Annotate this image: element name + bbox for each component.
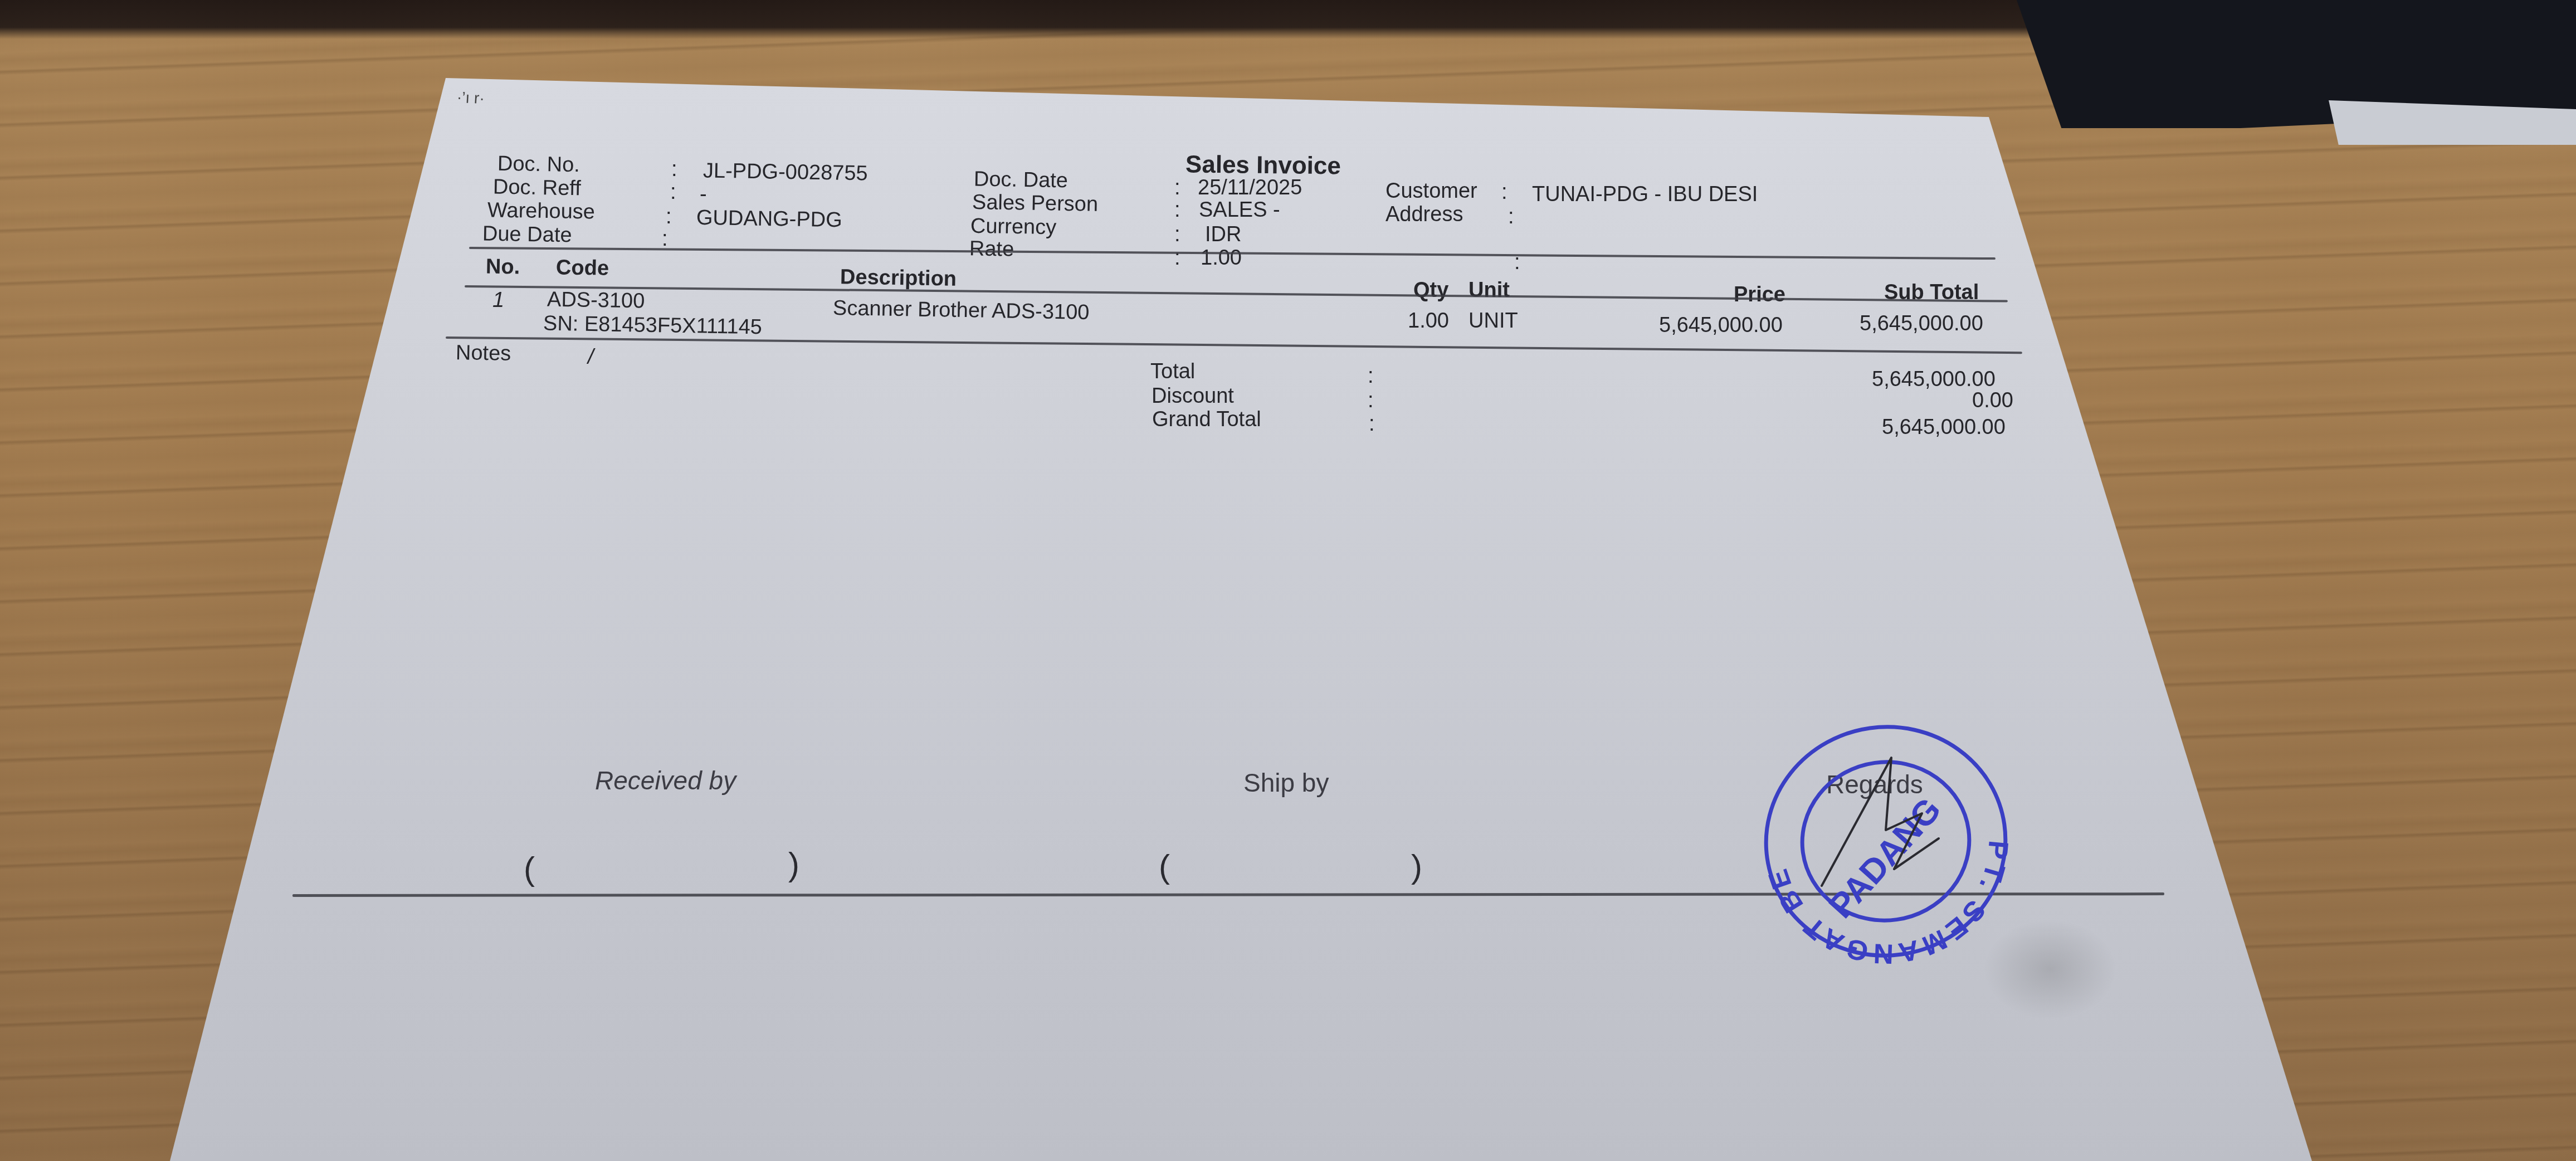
doc-no-separator: : [671, 159, 677, 180]
discount-separator: : [1368, 390, 1374, 411]
grand-total-value: 5,645,000.00 [1882, 417, 2006, 438]
sales-person-separator: : [1174, 199, 1180, 221]
table-bottom-divider [446, 336, 2022, 354]
grand-total-separator: : [1369, 413, 1375, 435]
currency-separator: : [1174, 224, 1180, 245]
row-price: 5,645,000.00 [1659, 315, 1783, 336]
rate-separator: : [1174, 247, 1180, 269]
discount-value: 0.00 [1972, 390, 2013, 411]
doc-reff-value: - [700, 184, 707, 205]
row-description: Scanner Brother ADS-3100 [833, 297, 1090, 323]
ship-by-open-paren: ( [1159, 850, 1170, 884]
warehouse-value: GUDANG-PDG [696, 207, 842, 231]
doc-reff-separator: : [670, 182, 676, 203]
customer-label: Customer [1385, 181, 1477, 202]
grand-total-label: Grand Total [1152, 409, 1261, 430]
rate-label: Rate [969, 238, 1014, 260]
row-serial: SN: E81453F5X111145 [543, 313, 763, 338]
sales-person-label: Sales Person [972, 192, 1099, 215]
due-date-label: Due Date [482, 223, 572, 246]
warehouse-label: Warehouse [487, 199, 596, 222]
col-code-header: Code [556, 257, 609, 279]
due-date-separator: : [662, 228, 668, 250]
total-value: 5,645,000.00 [1872, 369, 1996, 390]
notes-label: Notes [456, 342, 511, 364]
received-by-label: Received by [595, 768, 736, 793]
col-no-header: No. [486, 256, 520, 277]
warehouse-separator: : [666, 206, 672, 227]
corner-marks: ·’ı r· [456, 89, 485, 108]
doc-date-value: 25/11/2025 [1198, 177, 1302, 198]
currency-value: IDR [1205, 224, 1241, 245]
received-by-open-paren: ( [524, 852, 535, 886]
total-separator: : [1368, 365, 1374, 387]
row-subtotal: 5,645,000.00 [1860, 313, 1983, 334]
doc-reff-label: Doc. Reff [493, 177, 581, 199]
notes-value: / [588, 347, 594, 368]
sales-person-value: SALES - [1199, 199, 1280, 221]
received-by-close-paren: ) [788, 848, 799, 881]
rate-value: 1.00 [1201, 247, 1242, 269]
address-separator: : [1508, 206, 1514, 227]
invoice-title: Sales Invoice [1185, 153, 1341, 179]
customer-separator: : [1501, 182, 1507, 203]
discount-label: Discount [1152, 386, 1234, 407]
currency-label: Currency [970, 216, 1057, 238]
company-stamp: PT. SEMANGAT BERKAT JAYA PADANG [1755, 719, 2017, 964]
row-code: ADS-3100 [547, 289, 645, 311]
row-no: 1 [492, 290, 504, 311]
invoice-content: ·’ı r· Sales Invoice Doc. No. : JL-PDG-0… [0, 0, 2576, 1161]
doc-date-separator: : [1174, 177, 1180, 198]
doc-no-label: Doc. No. [497, 153, 580, 176]
customer-value: TUNAI-PDG - IBU DESI [1532, 184, 1758, 205]
stamp-seal-icon: PT. SEMANGAT BERKAT JAYA PADANG [1755, 719, 2017, 964]
col-qty-header: Qty [1413, 280, 1448, 301]
ship-by-close-paren: ) [1411, 850, 1422, 884]
stamp-inner-text: PADANG [1822, 791, 1949, 925]
row-unit: UNIT [1468, 310, 1518, 331]
row-qty: 1.00 [1408, 310, 1449, 331]
col-unit-header: Unit [1468, 280, 1510, 301]
ink-smudge [1983, 919, 2117, 1019]
col-price-header: Price [1734, 284, 1785, 305]
col-description-header: Description [840, 266, 957, 290]
address-label: Address [1385, 204, 1463, 225]
ship-by-label: Ship by [1243, 770, 1329, 796]
doc-no-value: JL-PDG-0028755 [703, 160, 868, 184]
doc-date-label: Doc. Date [974, 169, 1069, 192]
total-label: Total [1150, 361, 1195, 382]
